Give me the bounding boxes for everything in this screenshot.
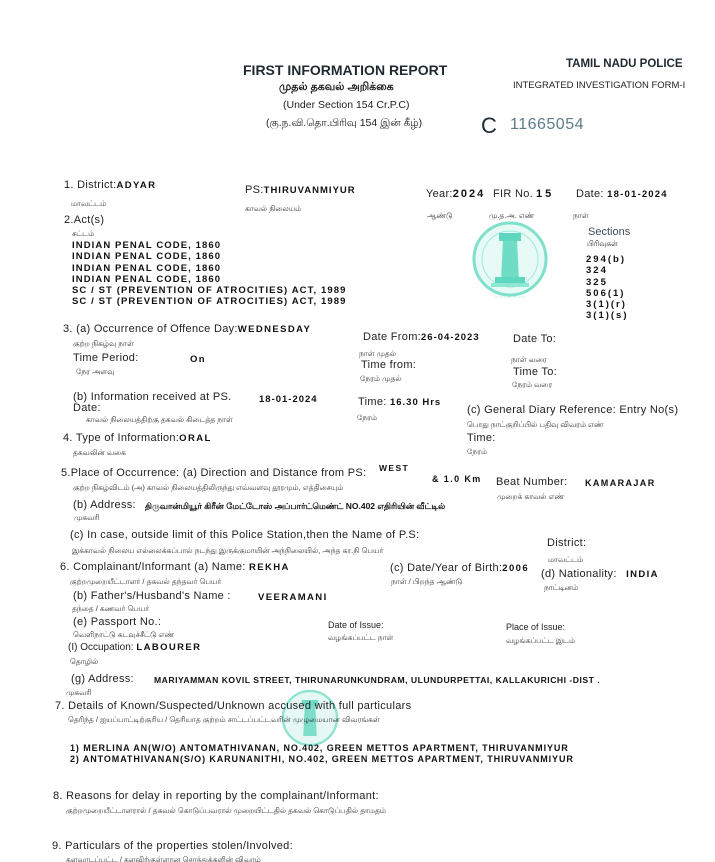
occupation-label-tamil: தொழில் bbox=[70, 657, 98, 667]
year-label-tamil: ஆண்டு bbox=[427, 211, 453, 221]
act-item: SC / ST (PREVENTION OF ATROCITIES) ACT, … bbox=[72, 285, 347, 296]
date-to-label: Date To: bbox=[513, 333, 556, 345]
general-diary-label-tamil: பொது நாட்குறிப்பில் பதிவு விவரம் எண் bbox=[467, 420, 604, 430]
info-time-label-tamil: நேரம் bbox=[357, 413, 377, 423]
complainant-address-label-tamil: முகவரி bbox=[66, 688, 92, 698]
info-date-label: Date: bbox=[73, 402, 101, 414]
date-from-label-tamil: நாள் முதல் bbox=[359, 349, 396, 359]
report-title-tamil: முதல் தகவல் அறிக்கை bbox=[279, 81, 394, 95]
occurrence-day-label-tamil: குற்ற நிகழ்வு நாள் bbox=[73, 339, 134, 349]
beat-number-label-tamil: முறைக் காவல் எண் bbox=[497, 492, 564, 502]
sections-label-tamil: பிரிவுகள் bbox=[587, 239, 618, 249]
section-item: 3(1)(s) bbox=[586, 310, 629, 321]
outside-limit-label-tamil: இக்காவல் நிலைய எல்லைக்கப்பால் நடந்து இரு… bbox=[72, 546, 383, 556]
father-name-label-tamil: தந்தை / கணவர் பெயர் bbox=[72, 604, 149, 614]
section-item: 325 bbox=[586, 277, 629, 288]
info-type-label-tamil: தகவலின் வகை bbox=[73, 448, 126, 458]
section-item: 506(1) bbox=[586, 288, 629, 299]
svg-text:~~~~ ~~~: ~~~~ ~~~ bbox=[495, 295, 526, 301]
issue-place-label: Place of Issue: bbox=[506, 622, 565, 632]
occurrence-address-value: திருவான்மியூர் கிரீன் மேட்டோஸ் அப்பார்ட்… bbox=[145, 501, 445, 513]
time-period-value: On bbox=[190, 354, 206, 365]
info-received-date: 18-01-2024 bbox=[259, 394, 318, 405]
act-item: SC / ST (PREVENTION OF ATROCITIES) ACT, … bbox=[72, 296, 347, 307]
birth-year-label-tamil: நாள் / பிறந்த ஆண்டு bbox=[391, 577, 462, 587]
act-item: INDIAN PENAL CODE, 1860 bbox=[72, 274, 347, 285]
beat-number-label: Beat Number: bbox=[496, 476, 567, 488]
time-to-label-tamil: நேரம் வரை bbox=[512, 380, 552, 390]
info-received-label-tamil: காவல் நிலையத்திற்கு தகவல் கிடைத்த நாள் bbox=[86, 415, 233, 425]
act-item: INDIAN PENAL CODE, 1860 bbox=[72, 251, 347, 262]
acts-list: INDIAN PENAL CODE, 1860 INDIAN PENAL COD… bbox=[72, 240, 347, 308]
issue-date-label-tamil: வழங்கப்பட்ட நாள் bbox=[328, 633, 393, 643]
outside-limit-label: (c) In case, outside limit of this Polic… bbox=[70, 529, 419, 541]
address-label: (b) Address: bbox=[73, 499, 136, 511]
date-label-tamil: நாள் bbox=[573, 211, 589, 221]
complainant-name-label-tamil: குற்றமுறையீட்டாளர் / தகவல் தந்தவர் பெயர் bbox=[70, 577, 221, 587]
time-to-label: Time To: bbox=[513, 366, 557, 378]
report-subtitle-tamil: (கு.ந.வி.தொ.பிரிவு 154 இன் கீழ்) bbox=[266, 117, 422, 130]
section-item: 324 bbox=[586, 265, 629, 276]
sections-label: Sections bbox=[588, 226, 630, 238]
police-station-field: PS:THIRUVANMIYUR bbox=[245, 184, 356, 196]
issue-place-label-tamil: வழங்கப்பட்ட இடம் bbox=[506, 636, 575, 646]
accused-details-label: 7. Details of Known/Suspected/Unknown ac… bbox=[55, 700, 411, 712]
general-diary-time-label-tamil: நேரம் bbox=[467, 447, 487, 457]
other-district-label: District: bbox=[547, 537, 586, 549]
stolen-properties-label: 9. Particulars of the properties stolen/… bbox=[52, 840, 293, 852]
year-field: Year:2024 bbox=[426, 188, 485, 200]
date-field: Date: 18-01-2024 bbox=[576, 188, 668, 200]
info-time-field: Time: 16.30 Hrs bbox=[358, 396, 441, 408]
beat-number-value: KAMARAJAR bbox=[585, 478, 656, 488]
accused-details-label-tamil: தெரிந்த / ஐயப்பாட்டிற்குரிய / தெரியாத கு… bbox=[68, 715, 380, 725]
occurrence-day-field: 3. (a) Occurrence of Offence Day:WEDNESD… bbox=[63, 323, 311, 335]
occupation-field: (I) Occupation: LABOURER bbox=[68, 642, 201, 653]
time-from-label: Time from: bbox=[361, 359, 416, 371]
father-name-value: VEERAMANI bbox=[258, 592, 328, 603]
complainant-name-field: 6. Complainant/Informant (a) Name: REKHA bbox=[60, 561, 290, 573]
nationality-field: (d) Nationality: INDIA bbox=[541, 568, 659, 580]
direction-value: WEST bbox=[379, 463, 409, 473]
general-diary-label: (c) General Diary Reference: Entry No(s) bbox=[467, 404, 678, 416]
father-name-label: (b) Father's/Husband's Name : bbox=[73, 590, 231, 602]
birth-year-field: (c) Date/Year of Birth:2006 bbox=[390, 562, 529, 574]
time-period-label: Time Period: bbox=[73, 352, 139, 364]
time-from-label-tamil: நேரம் முதல் bbox=[360, 374, 402, 384]
district-field: 1. District:ADYAR bbox=[64, 179, 156, 191]
distance-value: & 1.0 Km bbox=[432, 474, 482, 484]
time-period-label-tamil: நேர அளவு bbox=[76, 367, 114, 377]
report-title: FIRST INFORMATION REPORT bbox=[243, 62, 447, 78]
place-of-occurrence-label-tamil: குற்ற நிகழ்விடம் (அ) காவல் நிலையத்திலிரு… bbox=[73, 483, 343, 493]
police-station-label-tamil: காவல் நிலையம் bbox=[245, 204, 301, 214]
accused-list: 1) MERLINA AN(W/O) ANTOMATHIVANAN, NO.40… bbox=[70, 743, 574, 766]
section-item: 3(1)(r) bbox=[586, 299, 629, 310]
date-to-label-tamil: நாள் வரை bbox=[511, 355, 547, 365]
general-diary-time-label: Time: bbox=[467, 432, 496, 444]
passport-label: (e) Passport No.: bbox=[73, 616, 161, 628]
fir-label-tamil: மு.த.அ. எண் bbox=[489, 211, 534, 221]
fir-number-field: FIR No.15 bbox=[493, 188, 554, 200]
info-type-field: 4. Type of Information:ORAL bbox=[63, 432, 212, 444]
serial-number: 11665054 bbox=[510, 116, 584, 134]
accused-item: 1) MERLINA AN(W/O) ANTOMATHIVANAN, NO.40… bbox=[70, 743, 574, 754]
stolen-properties-label-tamil: களவாடப்பட்ட / களவிற்குள்ளான சொத்துக்களின… bbox=[66, 855, 261, 862]
other-district-label-tamil: மாவட்டம் bbox=[548, 555, 583, 565]
form-name: INTEGRATED INVESTIGATION FORM-I bbox=[513, 80, 685, 91]
complainant-address-label: (g) Address: bbox=[71, 673, 134, 685]
place-of-occurrence-label: 5.Place of Occurrence: (a) Direction and… bbox=[61, 467, 366, 479]
tamil-nadu-emblem-icon: ~~~~ ~~~ bbox=[471, 219, 549, 303]
sections-list: 294(b) 324 325 506(1) 3(1)(r) 3(1)(s) bbox=[586, 254, 629, 322]
date-from-field: Date From:26-04-2023 bbox=[363, 331, 480, 343]
complainant-address-value: MARIYAMMAN KOVIL STREET, THIRUNARUNKUNDR… bbox=[154, 675, 600, 685]
act-item: INDIAN PENAL CODE, 1860 bbox=[72, 240, 347, 251]
nationality-label-tamil: நாட்டினம் bbox=[544, 583, 578, 593]
acts-label: 2.Act(s) bbox=[64, 214, 104, 226]
report-subtitle: (Under Section 154 Cr.P.C) bbox=[283, 99, 409, 111]
district-label-tamil: மாவட்டம் bbox=[71, 199, 106, 209]
acts-label-tamil: சட்டம் bbox=[72, 229, 94, 239]
accused-item: 2) ANTOMATHIVANAN(S/O) KARUNANITHI, NO.4… bbox=[70, 754, 574, 765]
act-item: INDIAN PENAL CODE, 1860 bbox=[72, 263, 347, 274]
delay-reason-label-tamil: குற்றமுறையீட்டாளரால் / தகவல் கொடுப்பவரால… bbox=[66, 806, 386, 816]
address-label-tamil: முகவரி bbox=[74, 513, 100, 523]
passport-label-tamil: வெளிநாட்டு கடவுச்சீட்டு எண் bbox=[73, 630, 174, 640]
delay-reason-label: 8. Reasons for delay in reporting by the… bbox=[53, 790, 379, 802]
org-name: TAMIL NADU POLICE bbox=[566, 58, 683, 70]
issue-date-label: Date of Issue: bbox=[328, 620, 384, 630]
section-item: 294(b) bbox=[586, 254, 629, 265]
serial-prefix: C bbox=[481, 113, 497, 139]
